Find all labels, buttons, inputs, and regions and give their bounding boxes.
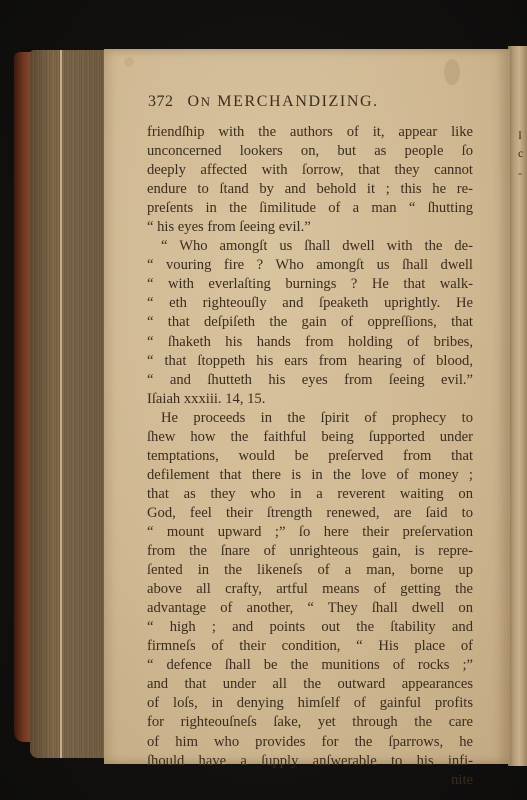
- facing-page-edge: I c -: [508, 46, 527, 766]
- text-line: from the ſnare of unrighteous gain, is r…: [147, 542, 473, 561]
- running-head-prefix: ON: [188, 93, 212, 110]
- text-line: temptations, would be preſerved from tha…: [147, 447, 473, 466]
- text-line: friendſhip with the authors of it, appea…: [147, 123, 473, 142]
- facing-page-peek-char: -: [518, 166, 522, 181]
- text-line: He proceeds in the ſpirit of prophecy to: [147, 409, 473, 428]
- facing-page-peek-char: c: [518, 146, 523, 161]
- running-head-title: MERCHANDIZING.: [217, 93, 379, 110]
- text-line: ſhould have a ſupply anſwerable to his i…: [147, 752, 473, 771]
- text-line: “ his eyes from ſeeing evil.”: [147, 218, 473, 237]
- text-line: defilement that there is in the love of …: [147, 466, 473, 485]
- text-line: “ and ſhutteth his eyes from ſeeing evil…: [147, 371, 473, 390]
- catchword: nite: [147, 771, 473, 790]
- text-line: “ mount upward ;” ſo here their preſerva…: [147, 523, 473, 542]
- text-line: “ ſhaketh his hands from holding of brib…: [147, 333, 473, 352]
- text-line: “ with everlaſting burnings ? He that wa…: [147, 275, 473, 294]
- text-line: “ vouring fire ? Who amongſt us ſhall dw…: [147, 256, 473, 275]
- text-line: unconcerned lookers on, but as people ſo: [147, 142, 473, 161]
- running-head: 372ON MERCHANDIZING.: [148, 93, 379, 111]
- text-line: and that under all the outward appearanc…: [147, 675, 473, 694]
- scan-scene: I c - 372ON MERCHANDIZING. friendſhip wi…: [0, 0, 527, 800]
- foxing-stain: [444, 59, 460, 85]
- text-line: ſhew how the faithful being ſupported un…: [147, 428, 473, 447]
- book-page: 372ON MERCHANDIZING. friendſhip with the…: [104, 49, 510, 764]
- text-line: preſents in the ſimilitude of a man “ ſh…: [147, 199, 473, 218]
- text-line: above all crafty, artful means of gettin…: [147, 580, 473, 599]
- body-text: friendſhip with the authors of it, appea…: [147, 123, 473, 790]
- text-line: of him who provides for the ſparrows, he: [147, 733, 473, 752]
- running-head-prefix-rest: N: [201, 94, 212, 109]
- text-line: “ high ; and points out the ſtability an…: [147, 618, 473, 637]
- text-line: “ eth righteouſly and ſpeaketh uprightly…: [147, 294, 473, 313]
- text-line: Iſaiah xxxiii. 14, 15.: [147, 390, 473, 409]
- facing-page-peek-char: I: [518, 128, 522, 143]
- page-block-edges: [30, 50, 104, 758]
- text-line: advantage of another, “ They ſhall dwell…: [147, 599, 473, 618]
- text-line: God, feel their ſtrength renewed, are ſa…: [147, 504, 473, 523]
- text-line: “ defence ſhall be the munitions of rock…: [147, 656, 473, 675]
- text-line: endure to ſtand by and behold it ; this …: [147, 180, 473, 199]
- text-line: for righteouſneſs ſake, yet through the …: [147, 713, 473, 732]
- text-line: “ Who amongſt us ſhall dwell with the de…: [147, 237, 473, 256]
- text-line: of loſs, in denying himſelf of gainful p…: [147, 694, 473, 713]
- running-head-prefix-initial: O: [188, 93, 201, 110]
- text-line: that as they who in a reverent waiting o…: [147, 485, 473, 504]
- text-line: ſented in the likeneſs of a man, borne u…: [147, 561, 473, 580]
- text-line: “ that ſtoppeth his ears from hearing of…: [147, 352, 473, 371]
- page-number: 372: [148, 93, 174, 110]
- foxing-stain: [124, 57, 134, 67]
- text-line: firmneſs of their condition, “ His place…: [147, 637, 473, 656]
- text-line: “ that deſpiſeth the gain of oppreſſions…: [147, 313, 473, 332]
- text-line: deeply affected with ſorrow, that they c…: [147, 161, 473, 180]
